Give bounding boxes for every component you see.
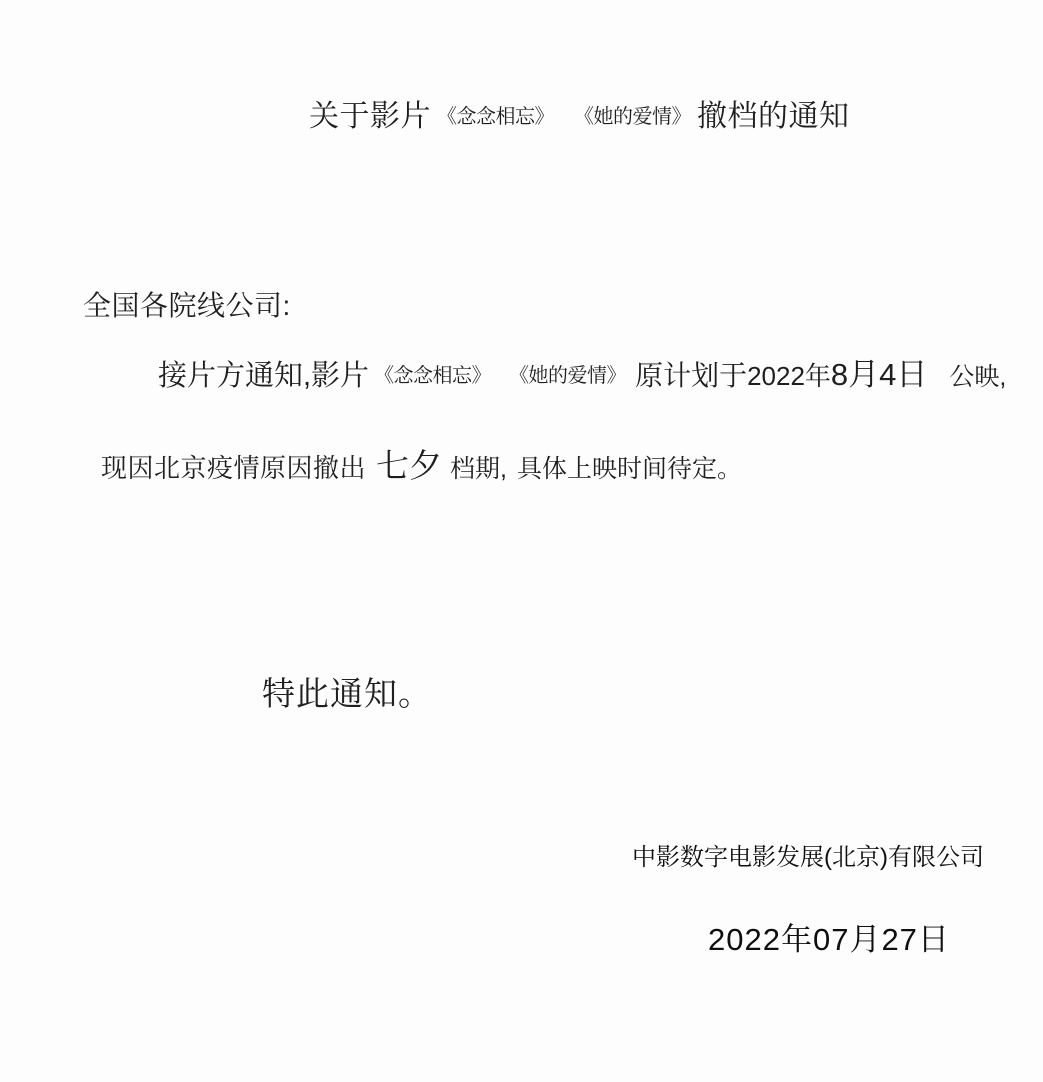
- body-1-release-date: 8月4日: [831, 358, 927, 393]
- body-1-year: 2022年: [747, 362, 831, 391]
- body-2-slot: 档期,: [450, 455, 507, 483]
- body-1-film-name-2: 《她的爱情》: [509, 365, 626, 387]
- body-line-1: 接片方通知,影片 《念念相忘》 《她的爱情》 原计划于 2022年 8月4日 公…: [158, 358, 1006, 393]
- body-1-intro: 接片方通知,影片: [158, 360, 369, 392]
- closing-statement: 特此通知。: [262, 676, 432, 713]
- body-2-reason: 现因北京疫情原因撤出: [101, 454, 366, 483]
- body-1-film-name-1: 《念念相忘》: [374, 365, 491, 387]
- notice-title: 关于影片 《念念相忘》 《她的爱情》 撤档的通知: [309, 100, 850, 134]
- title-suffix: 撤档的通知: [697, 100, 850, 134]
- notice-document: 关于影片 《念念相忘》 《她的爱情》 撤档的通知 全国各院线公司: 接片方通知,…: [0, 0, 1043, 1082]
- title-film-name-1: 《念念相忘》: [437, 106, 554, 128]
- body-line-2: 现因北京疫情原因撤出 七夕 档期, 具体上映时间待定。: [101, 448, 742, 485]
- body-1-planned-text: 原计划于: [635, 360, 747, 391]
- title-film-name-2: 《她的爱情》: [574, 106, 691, 128]
- body-2-festival: 七夕: [376, 448, 442, 485]
- body-1-release-text: 公映,: [949, 363, 1006, 391]
- signature-company: 中影数字电影发展(北京)有限公司: [632, 845, 984, 872]
- salutation: 全国各院线公司:: [83, 290, 291, 321]
- title-prefix: 关于影片: [309, 100, 431, 134]
- body-2-tbd: 具体上映时间待定。: [517, 455, 742, 483]
- signature-date: 2022年07月27日: [708, 923, 950, 958]
